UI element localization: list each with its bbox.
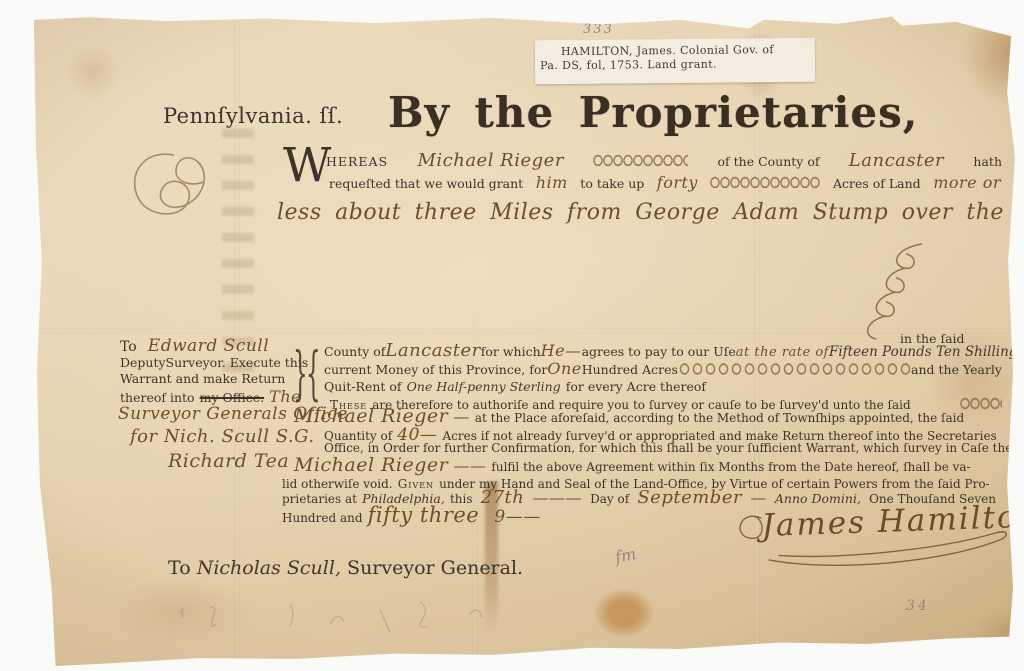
body-text: agrees to pay to our Uſe: [582, 344, 736, 359]
stain-top-right-corner: [930, 14, 1024, 144]
body-text: of the County of: [718, 154, 820, 169]
terms-line3: Quit-Rent of One Half-penny Sterling for…: [324, 376, 706, 395]
body-text: County of: [324, 344, 385, 359]
body-text: current Money of this Province, for: [324, 362, 547, 377]
body-text: Day of: [590, 492, 629, 506]
ink-spiral-flourish: [852, 242, 937, 342]
ink-monogram-flourish: [110, 147, 240, 242]
stain-top-left: [65, 44, 135, 114]
margin-note-line2: DeputySurveyor. Execute this: [120, 355, 308, 370]
handwritten-rate: at the rate of: [736, 345, 829, 360]
whereas-word: HEREAS: [326, 154, 388, 169]
ink-loop-flourish: [960, 397, 1002, 410]
whereas-line2: requeſted that we would grant him to tak…: [329, 173, 1001, 192]
photo-background: 333 HAMILTON, James. Colonial Gov. of Pa…: [0, 0, 1024, 671]
grantee-name: Michael Rieger: [417, 150, 563, 171]
whereas-dropcap: W: [283, 142, 331, 189]
body-text: To: [168, 557, 191, 579]
body-text: hath: [973, 154, 1002, 169]
struck-text-my-office: my Office.: [200, 390, 264, 405]
warrant-line4: Office, in Order for further Confirmatio…: [324, 441, 1024, 455]
ink-paraph: 9——: [494, 507, 540, 527]
document-paper: 333 HAMILTON, James. Colonial Gov. of Pa…: [30, 14, 1015, 666]
body-text: for which: [481, 344, 541, 359]
body-text: and the Yearly: [911, 362, 1002, 377]
address-line: To Nicholas Scull, Surveyor General.: [168, 557, 523, 579]
pencil-number-top: 333: [583, 22, 614, 37]
body-text: to take up: [580, 176, 644, 191]
body-text: requeſted that we would grant: [329, 176, 523, 191]
stain-bottom-oval: [588, 584, 660, 642]
body-text: fulfil the above Agreement within ſix Mo…: [491, 460, 970, 474]
ink-loop-flourish: [593, 154, 688, 167]
margin-note-line6: for Nich. Scull S.G.: [130, 426, 315, 447]
faint-pencil-scribbles: [170, 594, 590, 654]
body-text: thereof into: [120, 390, 195, 405]
margin-note-line7: Richard Tea: [168, 450, 289, 472]
jurisdiction-text: Pennſylvania. ſſ.: [163, 104, 343, 128]
pencil-corner-number: 34: [906, 598, 930, 614]
amount-text: Fifteen Pounds Ten Shillings,: [829, 344, 1024, 360]
handwritten-him: him: [536, 173, 568, 192]
ink-dash: —: [565, 341, 582, 360]
margin-note-line1: To Edward Scull: [120, 336, 269, 356]
warrant-line8: Hundred and fifty three 9——: [282, 503, 541, 527]
county-name: Lancaster: [385, 340, 480, 361]
county-name: Lancaster: [849, 150, 944, 171]
body-text: Hundred and: [282, 511, 363, 525]
catalog-label-line1: HAMILTON, James. Colonial Gov. of: [535, 43, 815, 59]
body-text: at the Place aforeſaid, according to the…: [475, 411, 964, 425]
body-text: To: [120, 339, 137, 355]
margin-note-line3: Warrant and make Return: [120, 371, 285, 386]
handwritten-he: He: [541, 341, 565, 360]
body-text: Surveyor General.: [347, 557, 523, 579]
handwritten-acreage: forty: [657, 173, 698, 192]
grantee-name: Michael Rieger: [294, 405, 448, 427]
whereas-line1: HEREAS Michael Rieger of the County of L…: [326, 150, 1002, 171]
signature-block: James Hamilton: [727, 489, 1024, 589]
catalog-label: HAMILTON, James. Colonial Gov. of Pa. DS…: [535, 38, 815, 84]
document-title: By the Proprietaries,: [388, 88, 918, 137]
quit-rent-rate: One Half-penny Sterling: [407, 379, 561, 394]
catalog-label-line2: Pa. DS, fol, 1753. Land grant.: [535, 57, 815, 73]
terms-line1: County of Lancaster for which He — agree…: [324, 340, 1002, 361]
ink-dash: —: [453, 407, 470, 426]
body-text: Quit-Rent of: [324, 379, 402, 394]
ink-loop-flourish: [710, 176, 820, 189]
surveyor-general-name: Nicholas Scull,: [197, 557, 341, 579]
brace-open: {: [306, 338, 321, 408]
body-text: Hundred Acres: [582, 362, 678, 377]
warrant-line2: Michael Rieger — at the Place aforeſaid,…: [294, 405, 964, 427]
body-text: for every Acre thereof: [566, 379, 706, 394]
stain-bottom-right-corner: [952, 599, 1024, 659]
handwritten-location-line: less about three Miles from George Adam …: [277, 200, 1024, 225]
ink-loop-flourish: [678, 361, 911, 377]
deputy-surveyor-name: Edward Scull: [148, 336, 269, 356]
handwritten-more-or: more or: [933, 173, 1001, 192]
handwritten-year: fifty three: [368, 503, 480, 527]
body-text: Acres of Land: [833, 176, 921, 191]
pencil-initials: fm: [613, 544, 638, 567]
